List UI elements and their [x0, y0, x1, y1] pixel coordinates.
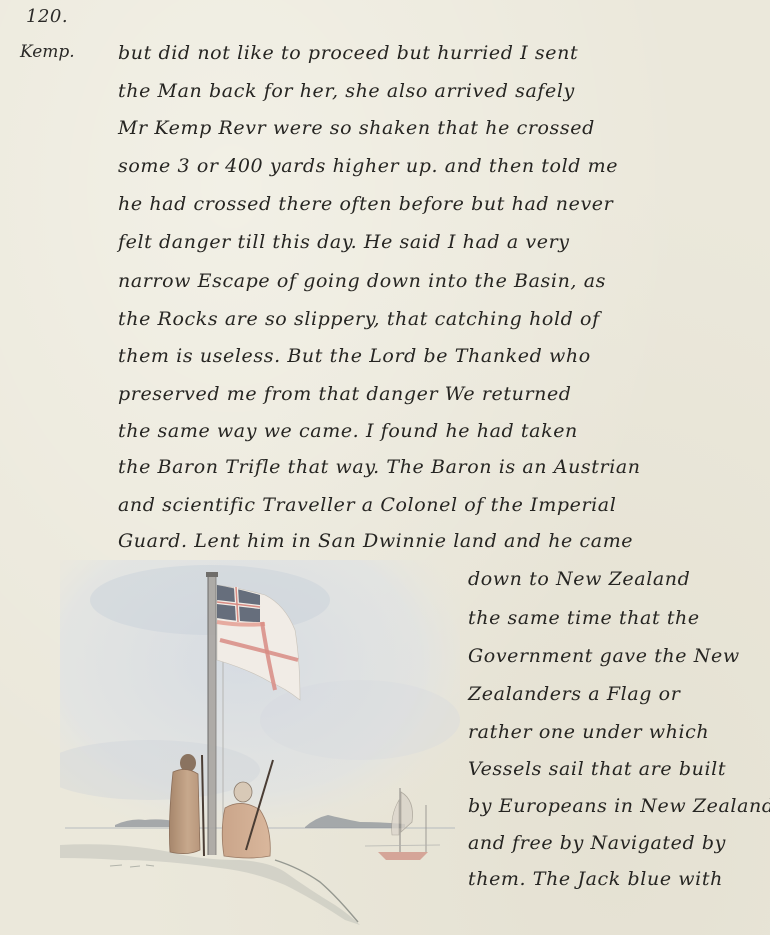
- text-line: them is useless. But the Lord be Thanked…: [118, 345, 591, 367]
- page-number: 120.: [26, 6, 68, 27]
- text-line: Zealanders a Flag or: [468, 683, 680, 705]
- text-line: he had crossed there often before but ha…: [118, 193, 613, 215]
- text-line: the Baron Trifle that way. The Baron is …: [118, 456, 641, 478]
- text-line: but did not like to proceed but hurried …: [118, 42, 578, 64]
- flagstaff-scene-image: [60, 560, 460, 930]
- text-line: preserved me from that danger We returne…: [118, 383, 572, 405]
- text-line: the Rocks are so slippery, that catching…: [118, 308, 600, 330]
- watercolor-illustration: [60, 560, 460, 930]
- text-line: and scientific Traveller a Colonel of th…: [118, 494, 616, 516]
- text-line: the same way we came. I found he had tak…: [118, 420, 578, 442]
- manuscript-page: 120. Kemp. but did not like to proceed b…: [0, 0, 770, 935]
- text-line: Government gave the New: [468, 645, 740, 667]
- text-line: Guard. Lent him in San Dwinnie land and …: [118, 530, 633, 552]
- margin-note: Kemp.: [20, 42, 75, 62]
- text-line: down to New Zealand: [468, 568, 690, 590]
- text-line: rather one under which: [468, 721, 709, 743]
- text-line: them. The Jack blue with: [468, 868, 723, 890]
- text-line: narrow Escape of going down into the Bas…: [118, 270, 606, 292]
- text-line: Mr Kemp Revr were so shaken that he cros…: [118, 117, 595, 139]
- text-line: the same time that the: [468, 607, 700, 629]
- text-line: felt danger till this day. He said I had…: [118, 231, 570, 253]
- text-line: and free by Navigated by: [468, 832, 726, 854]
- text-line: by Europeans in New Zealand: [468, 795, 770, 817]
- text-line: some 3 or 400 yards higher up. and then …: [118, 155, 618, 177]
- text-line: the Man back for her, she also arrived s…: [118, 80, 575, 102]
- text-line: Vessels sail that are built: [468, 758, 726, 780]
